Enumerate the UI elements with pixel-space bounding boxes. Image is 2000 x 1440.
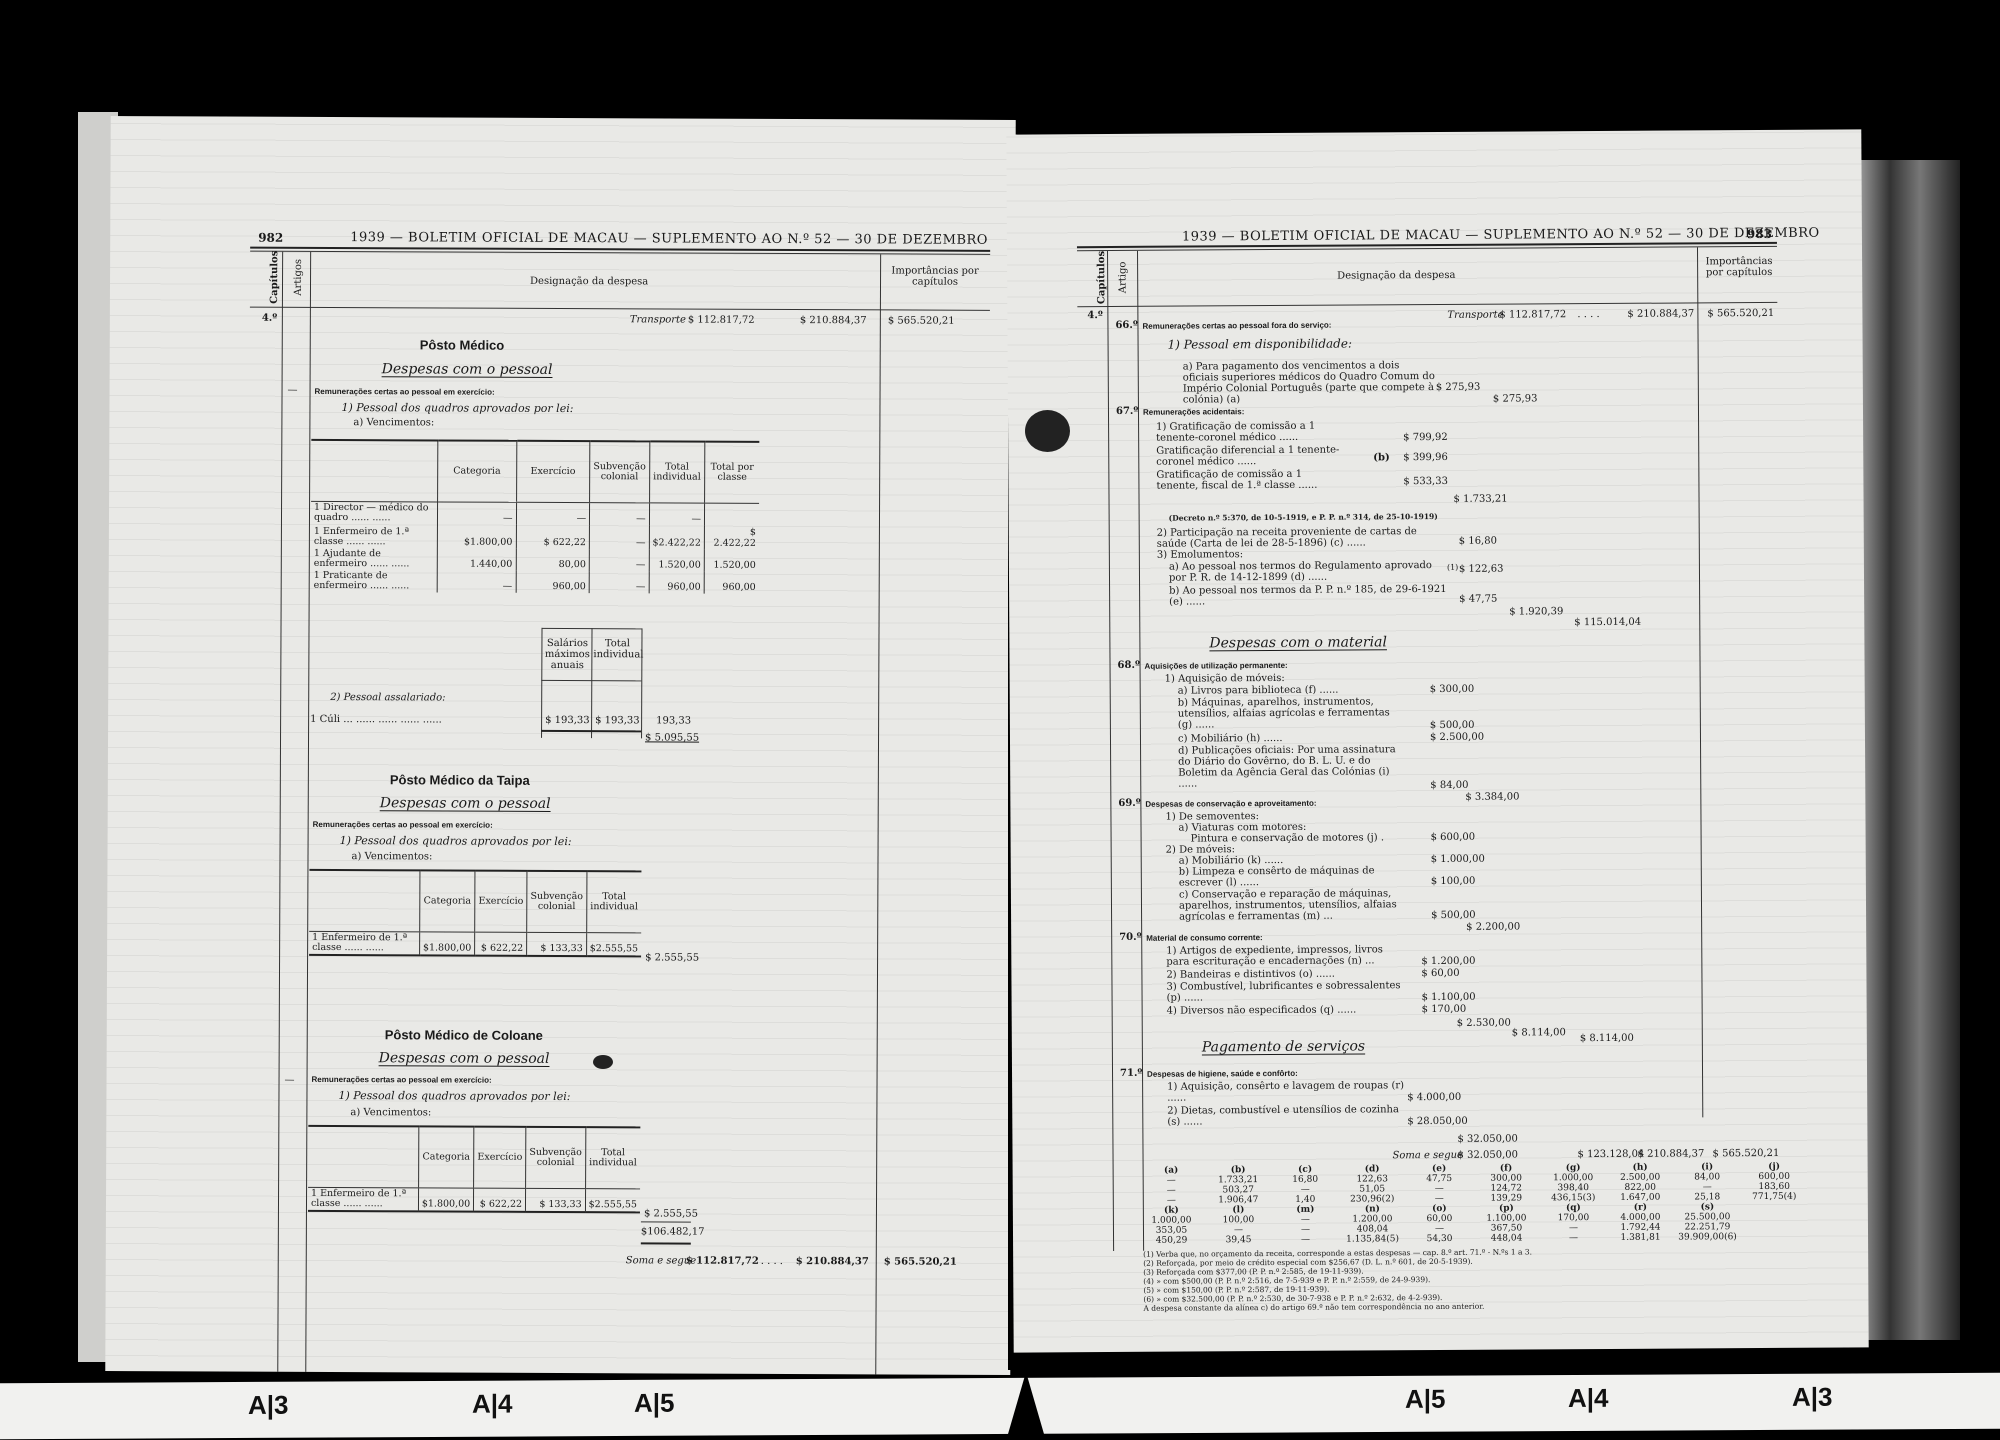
taipa-table: Categoria Exercício Subvenção colonial T… [309, 869, 641, 957]
page-number: 982 [258, 231, 283, 245]
section-item: 1) Pessoal dos quadros aprovados por lei… [341, 402, 573, 414]
col-header-artigos: Artigos [293, 259, 304, 296]
ink-blot [593, 1055, 613, 1069]
film-notch [1008, 1372, 1044, 1434]
col-header-capitulos: Capítulos [1096, 251, 1107, 304]
salaried-row-label: 1 Cúli ... ...... ...... ...... ...... [310, 714, 442, 726]
col-header-capitulos: Capítulos [269, 251, 280, 304]
footnote-table-1: (a)(b)(c)(d)(e)(f)(g)(h)(i)(j) —1.733,21… [1138, 1162, 1808, 1246]
film-mark: A|4 [472, 1389, 513, 1420]
table-row: 1 Enfermeiro de 1.ª classe ...... ......… [311, 524, 759, 550]
col-header-designacao: Designação da despesa [530, 276, 648, 288]
section-subtitle: Despesas com o pessoal [382, 361, 553, 378]
ink-blot [1025, 410, 1070, 452]
table-row: 1 Enfermeiro de 1.ª classe ...... ......… [308, 1187, 640, 1212]
table-row: 1 Ajudante de enfermeiro ...... ......1.… [311, 548, 759, 572]
section-title: Pôsto Médico [420, 337, 505, 352]
page-number: 983 [1747, 227, 1772, 241]
material-title: Despesas com o material [1209, 634, 1387, 651]
grand-total: $106.482,17 [641, 1226, 705, 1237]
salaried-header-1: Salários máximos anuais [543, 638, 591, 671]
transporte-col3: $ 565.520,21 [888, 315, 955, 326]
col-header-artigo: Artigo [1117, 262, 1128, 294]
capitulo-number: 4.º [262, 313, 278, 324]
film-strip: A|3 A|4 A|5 A|5 A|4 A|3 [0, 1373, 2000, 1439]
section-subtitle: Despesas com o pessoal [380, 795, 551, 812]
section-total: $ 5.095,55 [645, 732, 699, 743]
section-subitem: a) Vencimentos: [353, 417, 434, 428]
footnote: A despesa constante da alínea c) do arti… [1143, 1302, 1484, 1313]
table-row: 1 Director — médico do quadro ...... ...… [311, 501, 759, 525]
transporte-col1: $ 112.817,72 [688, 315, 755, 326]
table-row: 1 Enfermeiro de 1.ª classe ...... ......… [309, 931, 641, 956]
film-mark: A|4 [1568, 1383, 1609, 1414]
film-mark: A|5 [634, 1388, 675, 1419]
vencimentos-table: Categoria Exercício Subvenção colonial T… [311, 439, 760, 594]
table-row: 1 Praticante de enfermeiro ...... ......… [311, 570, 759, 594]
col-header-importancias: Importâncias por capítulos [1701, 256, 1777, 278]
services-title: Pagamento de serviços [1202, 1038, 1365, 1055]
transporte-col2: $ 210.884,37 [800, 315, 867, 326]
coloane-table: Categoria Exercício Subvenção colonial T… [308, 1125, 640, 1213]
right-page-edge [1860, 160, 1960, 1340]
film-mark: A|3 [248, 1390, 289, 1421]
salaried-item: 2) Pessoal assalariado: [330, 692, 445, 704]
col-header-importancias: Importâncias por capítulos [885, 265, 985, 287]
film-mark: A|3 [1792, 1382, 1833, 1413]
film-mark: A|5 [1405, 1384, 1446, 1415]
section-heading: Remunerações certas ao pessoal em exercí… [315, 387, 495, 397]
section-subtitle: Despesas com o pessoal [379, 1050, 550, 1067]
running-header: 1939 — BOLETIM OFICIAL DE MACAU — SUPLEM… [350, 230, 988, 248]
salaried-header-2: Total individual [593, 638, 641, 660]
right-page: 1939 — BOLETIM OFICIAL DE MACAU — SUPLEM… [1006, 129, 1868, 1352]
section-title: Pôsto Médico de Coloane [385, 1027, 543, 1043]
section-title: Pôsto Médico da Taipa [390, 772, 530, 788]
left-page: 982 1939 — BOLETIM OFICIAL DE MACAU — SU… [105, 116, 1015, 1375]
col-header-designacao: Designação da despesa [1337, 270, 1455, 282]
transporte-label: Transporte [630, 314, 686, 325]
